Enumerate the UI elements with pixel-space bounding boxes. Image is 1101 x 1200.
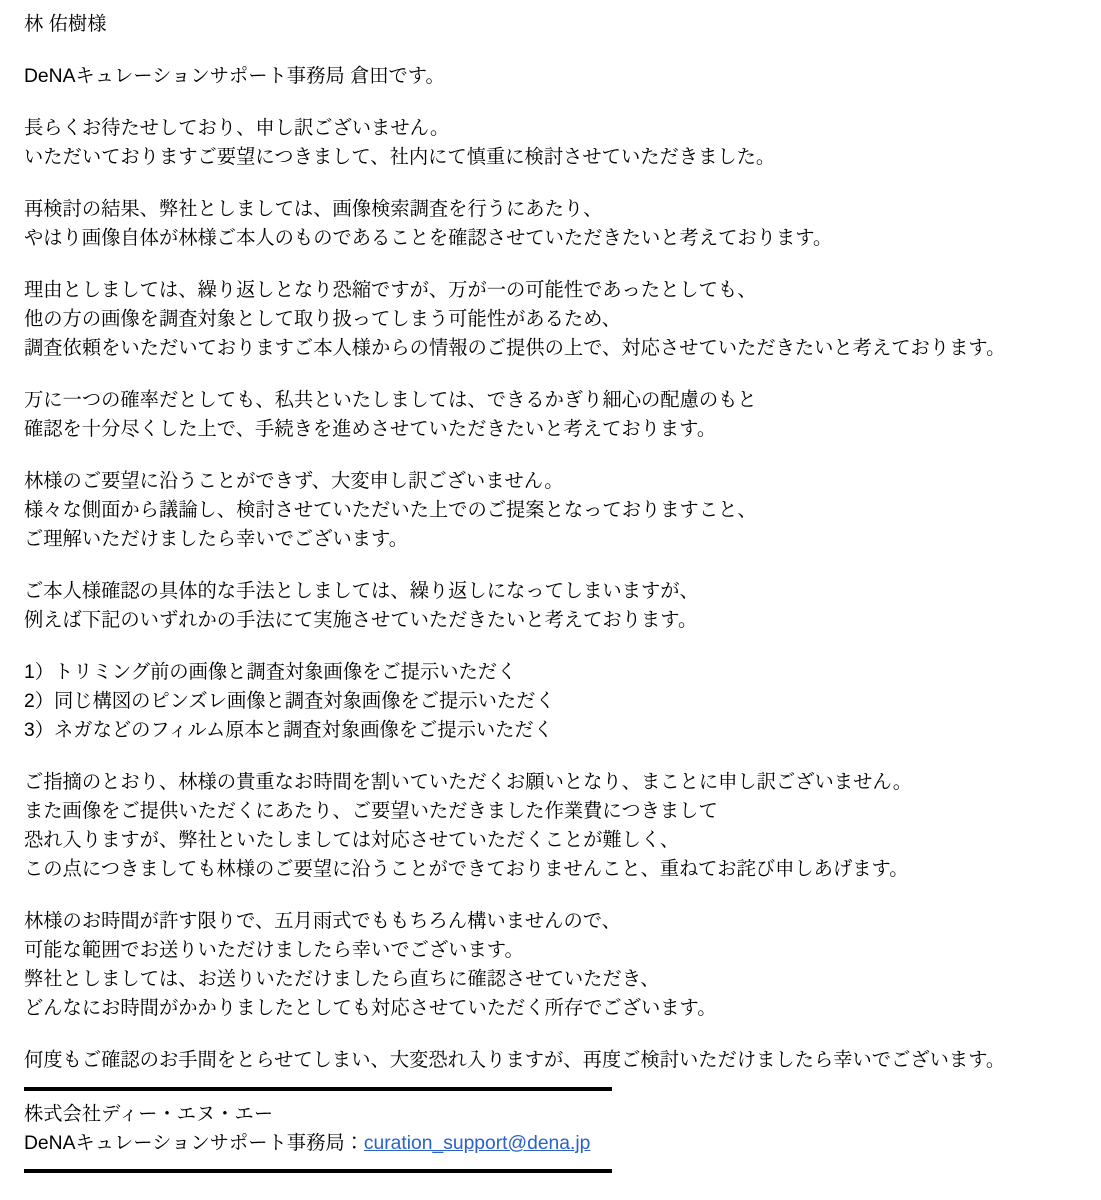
sender-intro: DeNAキュレーションサポート事務局 倉田です。 <box>24 62 1077 91</box>
email-message-body: 林 佑樹様 DeNAキュレーションサポート事務局 倉田です。 長らくお待たせして… <box>0 0 1101 1173</box>
body-paragraph-reason: 理由としましては、繰り返しとなり恐縮ですが、万が一の可能性であったとしても、 他… <box>24 276 1077 363</box>
body-paragraph-reexamination-result: 再検討の結果、弊社としましては、画像検索調査を行うにあたり、 やはり画像自体が林… <box>24 195 1077 253</box>
body-paragraph-work-fee-apology: ご指摘のとおり、林様の貴重なお時間を割いていただくお願いとなり、まことに申し訳ご… <box>24 768 1077 884</box>
recipient-name: 林 佑樹様 <box>24 10 1077 39</box>
body-paragraph-closing-request: 何度もご確認のお手間をとらせてしまい、大変恐れ入りますが、再度ご検討いただけまし… <box>24 1046 1077 1075</box>
body-paragraph-proposal-apology: 林様のご要望に沿うことができず、大変申し訳ございません。 様々な側面から議論し、… <box>24 467 1077 554</box>
body-paragraph-sending-request: 林様のお時間が許す限りで、五月雨式でももちろん構いませんので、 可能な範囲でお送… <box>24 907 1077 1023</box>
body-paragraph-verification-intro: ご本人様確認の具体的な手法としましては、繰り返しになってしまいますが、 例えば下… <box>24 577 1077 635</box>
signature-divider-top <box>24 1087 612 1091</box>
signature-contact-line: DeNAキュレーションサポート事務局：curation_support@dena… <box>24 1129 1077 1158</box>
body-paragraph-caution-policy: 万に一つの確率だとしても、私共といたしましては、できるかぎり細心の配慮のもと 確… <box>24 386 1077 444</box>
support-email-link[interactable]: curation_support@dena.jp <box>364 1133 590 1154</box>
signature-block: 株式会社ディー・エヌ・エー DeNAキュレーションサポート事務局：curatio… <box>24 1087 1077 1173</box>
signature-company: 株式会社ディー・エヌ・エー <box>24 1100 1077 1129</box>
signature-divider-bottom <box>24 1169 612 1173</box>
verification-methods-list: 1）トリミング前の画像と調査対象画像をご提示いただく 2）同じ構図のピンズレ画像… <box>24 658 1077 745</box>
body-paragraph-apology-wait: 長らくお待たせしており、申し訳ございません。 いただいておりますご要望につきまし… <box>24 114 1077 172</box>
email-viewport: { "colors": { "background": "#ffffff", "… <box>0 0 1101 1200</box>
signature-department-label: DeNAキュレーションサポート事務局： <box>24 1133 364 1154</box>
